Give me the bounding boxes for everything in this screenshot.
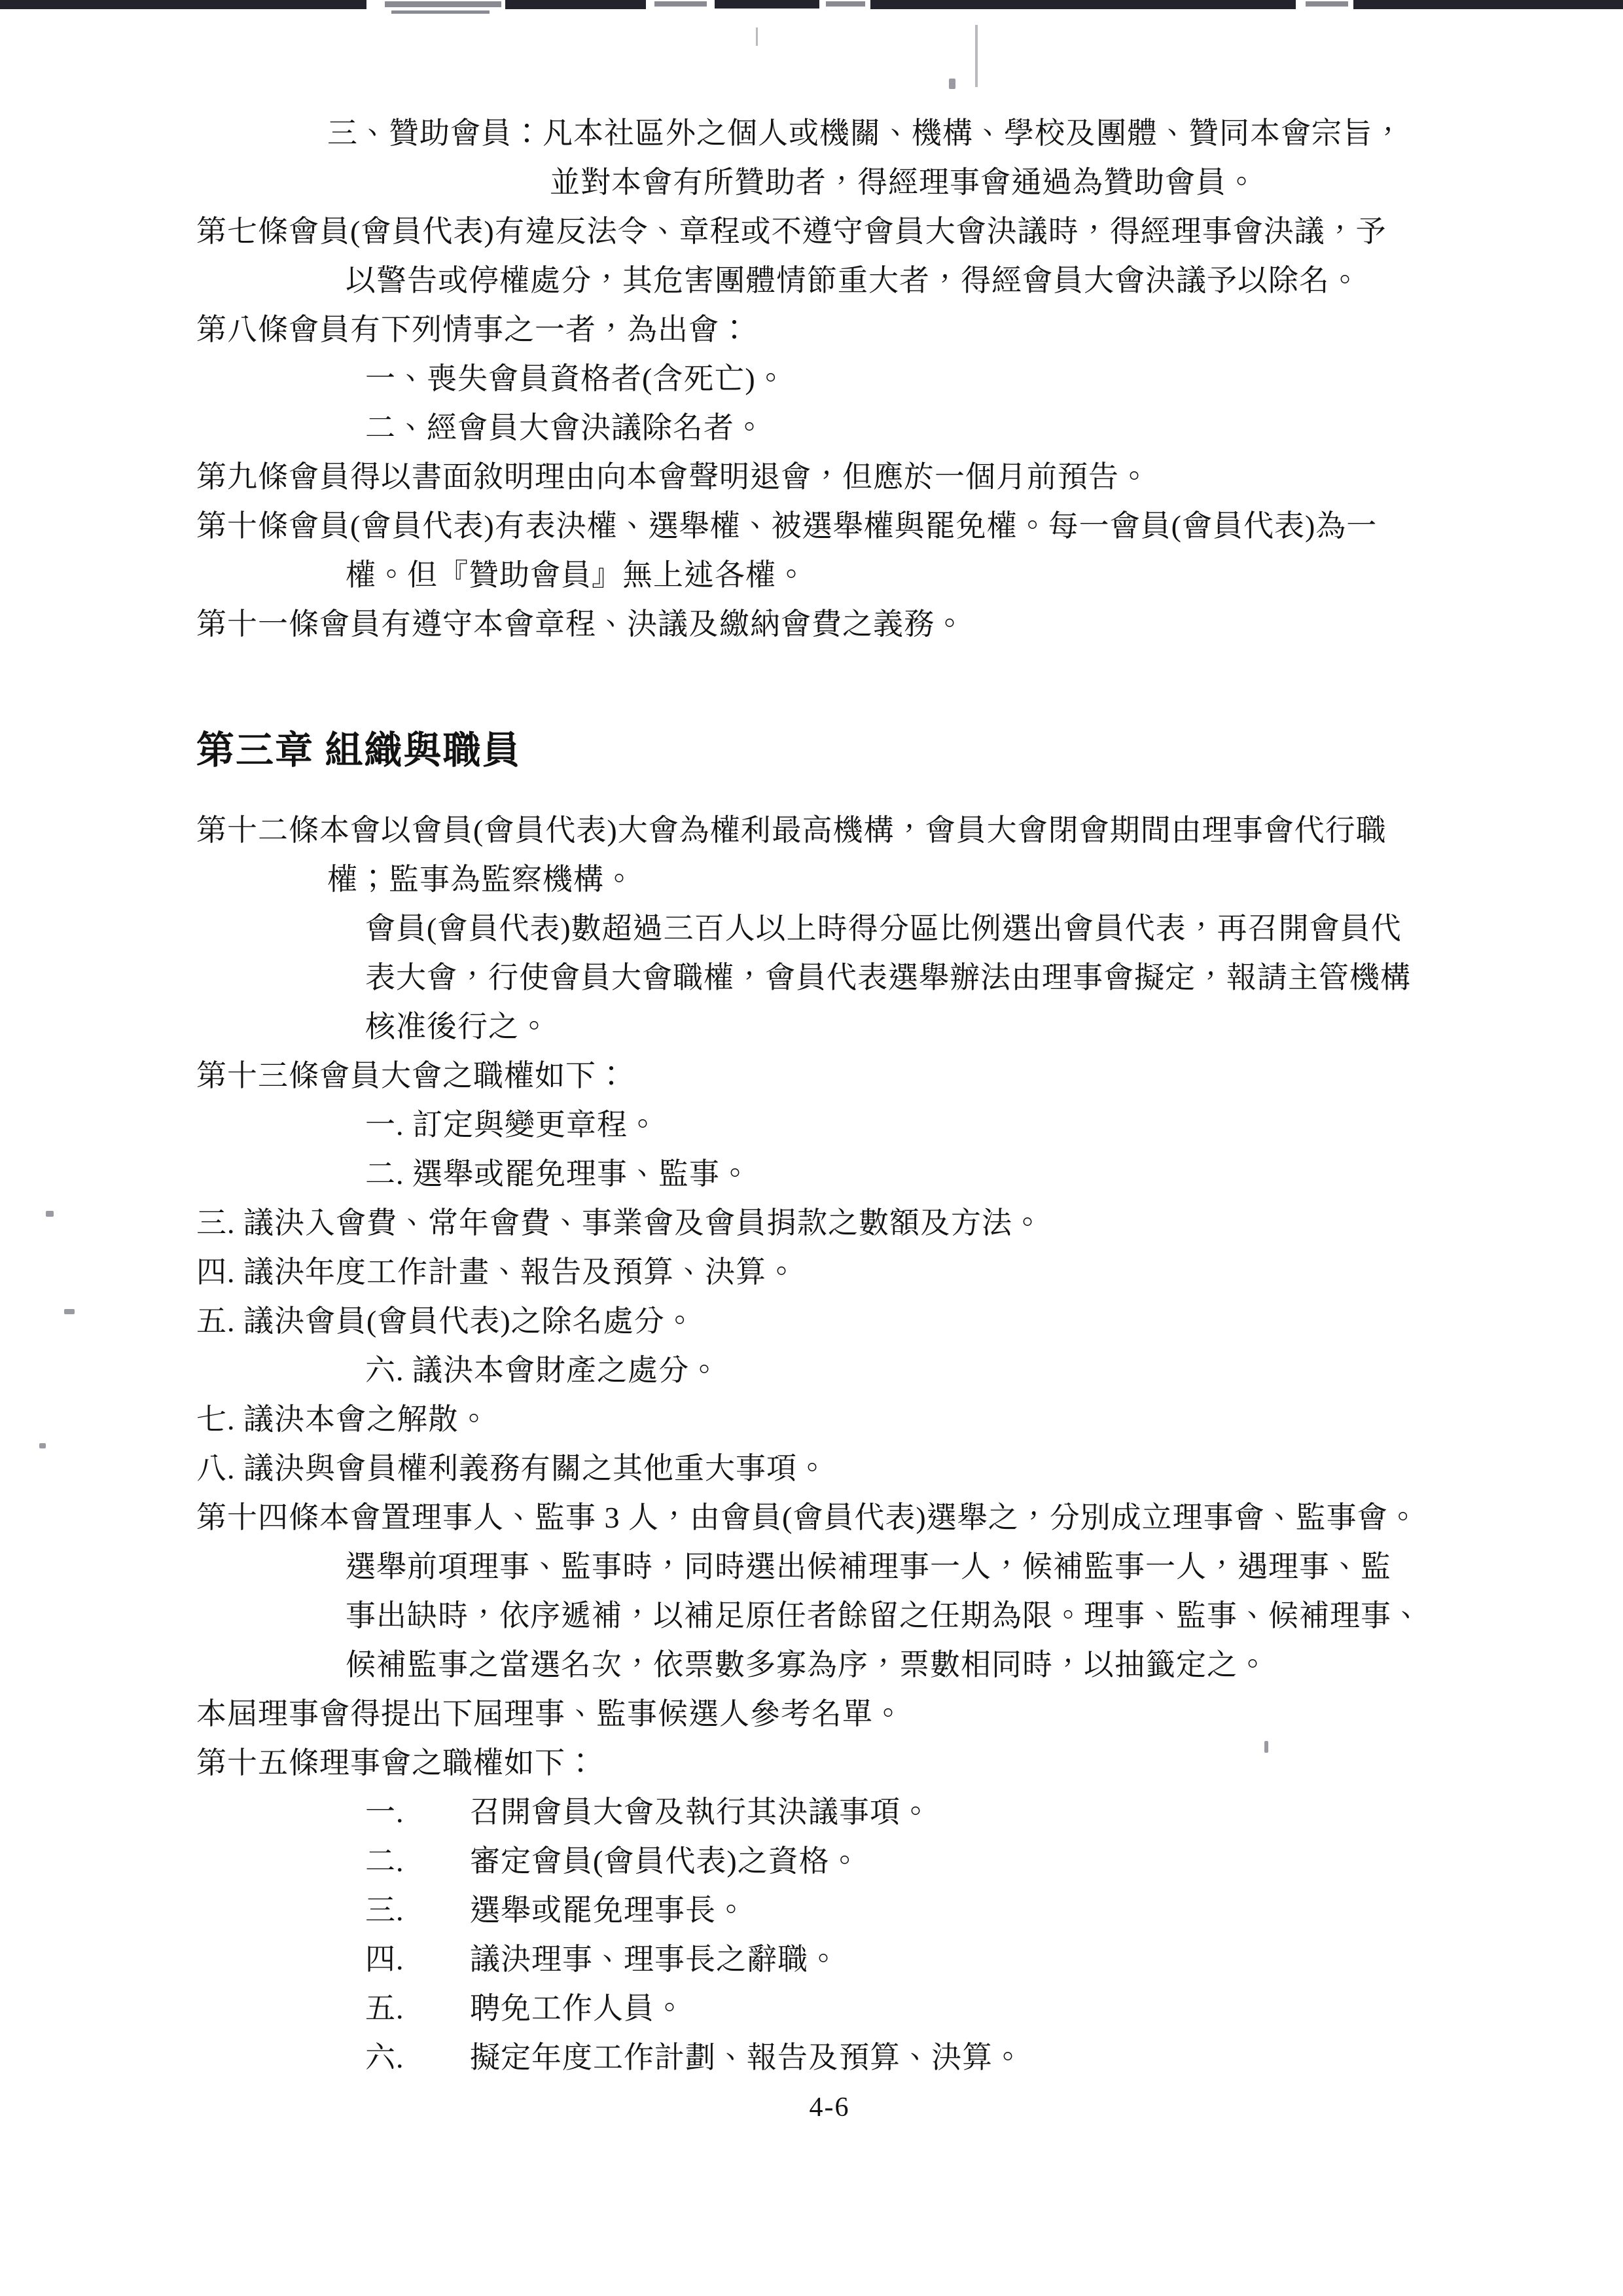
scan-artifact [385,1,501,7]
text-line: 第十四條本會置理事人、監事 3 人，由會員(會員代表)選舉之，分別成立理事會、監… [196,1493,1499,1542]
text-line: 二、經會員大會決議除名者。 [196,403,1499,452]
text-line: 七. 議決本會之解散。 [196,1395,1499,1444]
scan-artifact [64,1309,75,1314]
text-line: 本屆理事會得提出下屆理事、監事候選人參考名單。 [196,1689,1499,1738]
list-item-text: 審定會員(會員代表)之資格。 [470,1844,861,1878]
text-line: 事出缺時，依序遞補，以補足原任者餘留之任期為限。理事、監事、候補理事、 [196,1591,1499,1640]
scan-artifact [0,0,366,9]
scan-artifact [1353,0,1623,9]
scan-artifact [826,1,865,7]
text-line: 第七條會員(會員代表)有違反法令、章程或不遵守會員大會決議時，得經理事會決議，予 [196,207,1499,256]
text-line: 第十五條理事會之職權如下： [196,1738,1499,1787]
document-body: 三、贊助會員：凡本社區外之個人或機關、機構、學校及團體、贊同本會宗旨，並對本會有… [196,109,1499,2082]
text-line: 六. 議決本會財產之處分。 [196,1346,1499,1395]
chapter-heading: 第三章 組織與職員 [196,721,1499,780]
text-line: 候補監事之當選名次，依票數多寡為序，票數相同時，以抽籤定之。 [196,1640,1499,1689]
scan-artifact [391,10,490,14]
text-line: 權；監事為監察機構。 [196,855,1499,904]
scan-artifact [654,1,707,7]
scan-artifact [1306,1,1348,7]
list-item-text: 擬定年度工作計劃、報告及預算、決算。 [470,2041,1024,2074]
text-line: 二. 選舉或罷免理事、監事。 [196,1149,1499,1198]
page-number: 4-6 [0,2092,1623,2123]
text-line: 第十條會員(會員代表)有表決權、選舉權、被選舉權與罷免權。每一會員(會員代表)為… [196,501,1499,550]
text-line: 選舉前項理事、監事時，同時選出候補理事一人，候補監事一人，遇理事、監 [196,1542,1499,1591]
text-line: 五.聘免工作人員。 [196,1984,1499,2033]
scan-artifact [39,1443,46,1448]
text-line: 表大會，行使會員大會職權，會員代表選舉辦法由理事會擬定，報請主管機構 [196,953,1499,1002]
text-line: 二.審定會員(會員代表)之資格。 [196,1837,1499,1886]
scan-artifact [870,0,1296,9]
text-line: 六.擬定年度工作計劃、報告及預算、決算。 [196,2033,1499,2082]
list-item-number: 一. [365,1787,470,1837]
text-line: 第十三條會員大會之職權如下： [196,1051,1499,1100]
list-item-number: 四. [365,1935,470,1984]
scan-artifact [756,27,758,46]
text-line: 核准後行之。 [196,1002,1499,1051]
text-line: 八. 議決與會員權利義務有關之其他重大事項。 [196,1444,1499,1493]
text-line: 一、喪失會員資格者(含死亡)。 [196,354,1499,403]
list-item-number: 三. [365,1886,470,1935]
list-item-number: 二. [365,1837,470,1886]
text-line: 權。但『贊助會員』無上述各權。 [196,550,1499,600]
list-item-text: 召開會員大會及執行其決議事項。 [470,1795,931,1829]
text-line: 四. 議決年度工作計畫、報告及預算、決算。 [196,1247,1499,1297]
text-line: 三.選舉或罷免理事長。 [196,1886,1499,1935]
scan-artifact [975,25,978,87]
text-line: 三. 議決入會費、常年會費、事業會及會員捐款之數額及方法。 [196,1198,1499,1247]
list-item-text: 選舉或罷免理事長。 [470,1893,747,1927]
scan-artifact [46,1211,54,1217]
scan-artifact [949,79,955,89]
text-line: 並對本會有所贊助者，得經理事會通過為贊助會員。 [196,158,1499,207]
scan-artifact [715,0,819,9]
list-item-text: 聘免工作人員。 [470,1992,685,2025]
list-item-number: 五. [365,1984,470,2033]
text-line: 第八條會員有下列情事之一者，為出會： [196,305,1499,354]
text-line: 一.召開會員大會及執行其決議事項。 [196,1787,1499,1837]
list-item-text: 議決理事、理事長之辭職。 [470,1943,839,1976]
text-line: 一. 訂定與變更章程。 [196,1100,1499,1149]
text-line: 會員(會員代表)數超過三百人以上時得分區比例選出會員代表，再召開會員代 [196,904,1499,953]
text-line: 第十二條本會以會員(會員代表)大會為權利最高機構，會員大會閉會期間由理事會代行職 [196,806,1499,855]
scan-artifact [505,0,646,9]
text-line: 五. 議決會員(會員代表)之除名處分。 [196,1297,1499,1346]
text-line: 第九條會員得以書面敘明理由向本會聲明退會，但應於一個月前預告。 [196,452,1499,501]
text-line: 以警告或停權處分，其危害團體情節重大者，得經會員大會決議予以除名。 [196,256,1499,305]
text-line: 四.議決理事、理事長之辭職。 [196,1935,1499,1984]
scanned-document-page: 三、贊助會員：凡本社區外之個人或機關、機構、學校及團體、贊同本會宗旨，並對本會有… [0,0,1623,2296]
list-item-number: 六. [365,2033,470,2082]
text-line: 第十一條會員有遵守本會章程、決議及繳納會費之義務。 [196,600,1499,649]
text-line: 三、贊助會員：凡本社區外之個人或機關、機構、學校及團體、贊同本會宗旨， [196,109,1499,158]
